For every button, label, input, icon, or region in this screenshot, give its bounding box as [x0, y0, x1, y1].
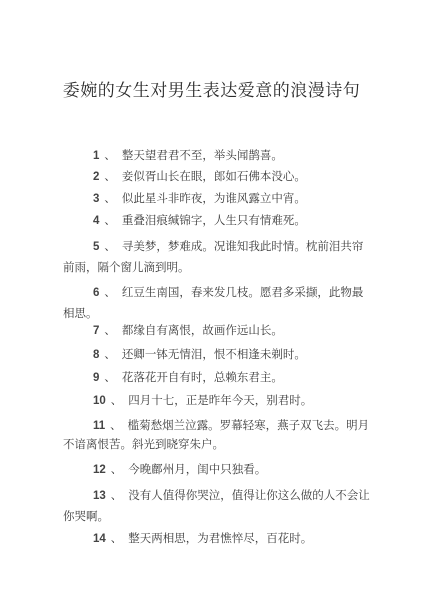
item-text: 都缘自有离恨，故画作远山长。 — [122, 323, 283, 337]
item-text: 整天两相思，为君憔悴尽，百花时。 — [128, 531, 312, 545]
poem-line-11-continued: 不谙离恨苦。斜光到晓穿朱户。 — [63, 436, 224, 452]
separator: 、 — [104, 285, 116, 299]
item-number: 9 — [93, 372, 99, 384]
separator: 、 — [104, 213, 116, 227]
separator: 、 — [104, 148, 116, 162]
item-number: 1 — [93, 150, 99, 162]
item-number: 7 — [93, 325, 99, 337]
item-text: 整天望君君不至，举头闻鹊喜。 — [122, 148, 283, 162]
separator: 、 — [104, 370, 116, 384]
separator: 、 — [104, 347, 116, 361]
separator: 、 — [111, 488, 123, 502]
poem-line-1: 1、整天望君君不至，举头闻鹊喜。 — [93, 147, 283, 163]
separator: 、 — [110, 418, 122, 432]
separator: 、 — [111, 462, 123, 476]
poem-line-9: 9、花落花开自有时，总赖东君主。 — [93, 369, 283, 385]
separator: 、 — [104, 169, 116, 183]
item-number: 12 — [93, 464, 106, 476]
item-text: 妾似胥山长在眼，郎如石佛本没心。 — [122, 169, 306, 183]
poem-line-12: 12、今晚鄜州月，闺中只独看。 — [93, 461, 266, 477]
separator: 、 — [111, 531, 123, 545]
item-number: 8 — [93, 349, 99, 361]
item-number: 11 — [93, 420, 105, 432]
item-text: 重叠泪痕缄锦字，人生只有情难死。 — [122, 213, 306, 227]
item-text: 槛菊愁烟兰泣露。罗幕轻寒，燕子双飞去。明月 — [128, 418, 370, 432]
poem-line-3: 3、似此星斗非昨夜，为谁风露立中宵。 — [93, 190, 306, 206]
poem-line-4: 4、重叠泪痕缄锦字，人生只有情难死。 — [93, 212, 306, 228]
poem-line-5-continued: 前雨，隔个窗儿滴到明。 — [63, 259, 190, 275]
poem-line-5: 5、寻美梦，梦难成。况谁知我此时情。枕前泪共帘 — [93, 238, 363, 254]
item-number: 10 — [93, 395, 106, 407]
item-text: 花落花开自有时，总赖东君主。 — [122, 370, 283, 384]
poem-line-13-continued: 你哭啊。 — [63, 508, 109, 524]
item-number: 14 — [93, 533, 106, 545]
poem-line-2: 2、妾似胥山长在眼，郎如石佛本没心。 — [93, 168, 306, 184]
poem-line-6: 6、红豆生南国，春来发几枝。愿君多采撷，此物最 — [93, 284, 363, 300]
item-text: 似此星斗非昨夜，为谁风露立中宵。 — [122, 191, 306, 205]
separator: 、 — [104, 323, 116, 337]
item-text: 今晚鄜州月，闺中只独看。 — [128, 462, 266, 476]
item-text: 寻美梦，梦难成。况谁知我此时情。枕前泪共帘 — [122, 239, 364, 253]
poem-line-14: 14、整天两相思，为君憔悴尽，百花时。 — [93, 530, 312, 546]
poem-line-10: 10、四月十七，正是昨年今天，别君时。 — [93, 392, 312, 408]
item-text: 四月十七，正是昨年今天，别君时。 — [128, 393, 312, 407]
poem-line-13: 13、没有人值得你哭泣，值得让你这么做的人不会让 — [93, 487, 370, 503]
separator: 、 — [104, 191, 116, 205]
separator: 、 — [111, 393, 123, 407]
item-text: 没有人值得你哭泣，值得让你这么做的人不会让 — [128, 488, 370, 502]
item-text: 红豆生南国，春来发几枝。愿君多采撷，此物最 — [122, 285, 364, 299]
item-number: 6 — [93, 287, 99, 299]
item-text: 还卿一钵无情泪，恨不相逢未剃时。 — [122, 347, 306, 361]
item-number: 4 — [93, 215, 99, 227]
poem-line-8: 8、还卿一钵无情泪，恨不相逢未剃时。 — [93, 346, 306, 362]
item-number: 13 — [93, 490, 106, 502]
poem-line-6-continued: 相思。 — [63, 305, 98, 321]
item-number: 5 — [93, 241, 99, 253]
item-number: 2 — [93, 171, 99, 183]
item-number: 3 — [93, 193, 99, 205]
separator: 、 — [104, 239, 116, 253]
page-title: 委婉的女生对男生表达爱意的浪漫诗句 — [0, 76, 423, 101]
poem-line-7: 7、都缘自有离恨，故画作远山长。 — [93, 322, 283, 338]
poem-line-11: 11、槛菊愁烟兰泣露。罗幕轻寒，燕子双飞去。明月 — [93, 417, 369, 433]
